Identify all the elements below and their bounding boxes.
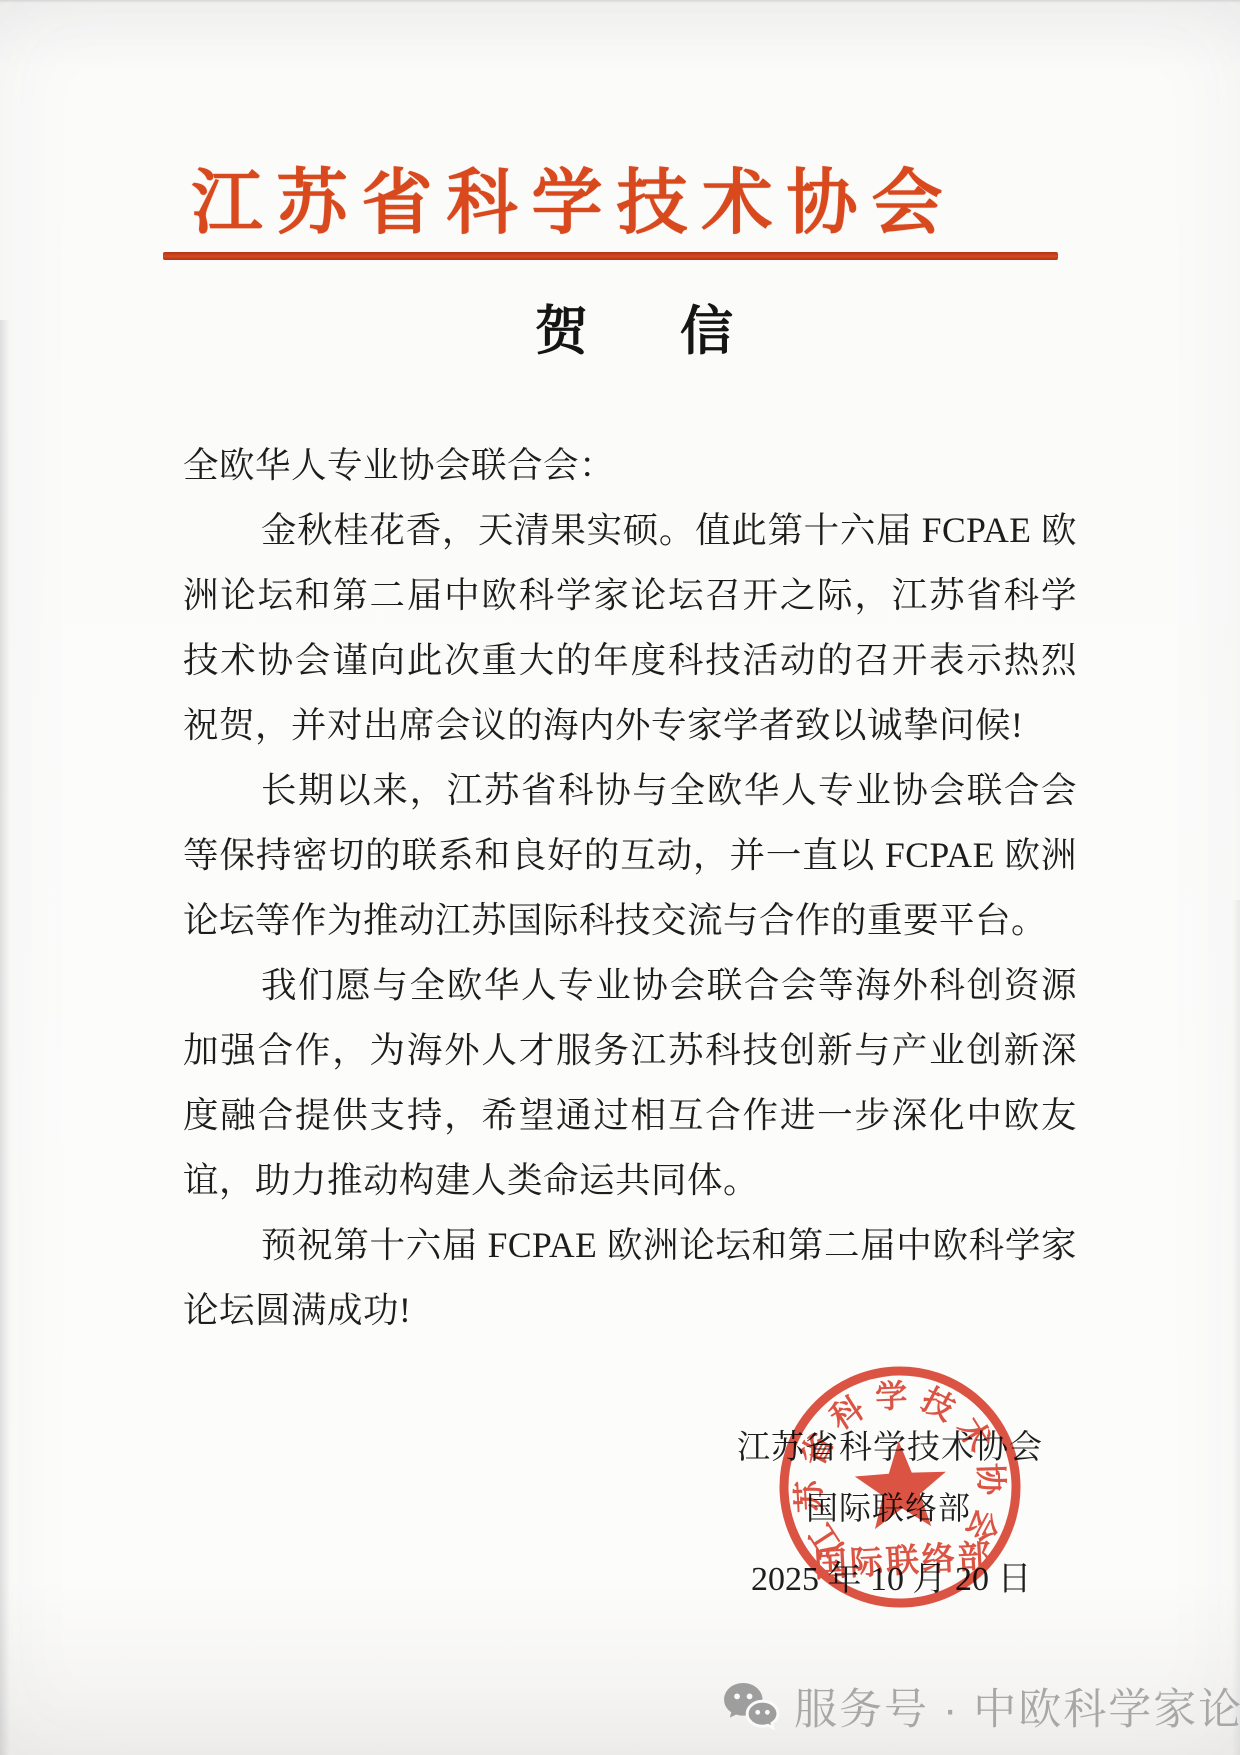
letter-title-char-right: 信 xyxy=(680,302,733,361)
salutation: 全欧华人专业协会联合会： xyxy=(183,433,1077,498)
official-seal: 江苏省科学技术协会 国际联络部 xyxy=(763,1350,1036,1623)
scan-edge-top xyxy=(0,0,1240,3)
wechat-watermark: 服务号 · 中欧科学家论坛 xyxy=(722,1676,1240,1737)
letter-title: 贺信 xyxy=(14,289,1240,365)
body-paragraph: 金秋桂花香，天清果实硕。值此第十六届 FCPAE 欧洲论坛和第二届中欧科学家论坛… xyxy=(183,498,1077,758)
wechat-icon xyxy=(722,1682,780,1732)
scan-edge-left xyxy=(0,320,10,1755)
body-paragraph: 我们愿与全欧华人专业协会联合会等海外科创资源加强合作，为海外人才服务江苏科技创新… xyxy=(183,953,1077,1213)
letter-body: 全欧华人专业协会联合会： 金秋桂花香，天清果实硕。值此第十六届 FCPAE 欧洲… xyxy=(183,433,1077,1343)
letterhead-rule xyxy=(163,252,1058,260)
scanned-letter-page: 江苏省科学技术协会 贺信 全欧华人专业协会联合会： 金秋桂花香，天清果实硕。值此… xyxy=(0,0,1240,1755)
seal-star-icon xyxy=(853,1439,949,1530)
letterhead-org-name: 江苏省科学技术协会 xyxy=(0,146,1194,248)
watermark-label: 服务号 · 中欧科学家论坛 xyxy=(794,1676,1240,1737)
scan-edge-right xyxy=(1232,900,1240,1755)
letter-title-char-left: 贺 xyxy=(535,302,588,361)
body-paragraph: 长期以来，江苏省科协与全欧华人专业协会联合会等保持密切的联系和良好的互动，并一直… xyxy=(183,758,1077,953)
body-paragraph: 预祝第十六届 FCPAE 欧洲论坛和第二届中欧科学家论坛圆满成功! xyxy=(183,1213,1077,1343)
